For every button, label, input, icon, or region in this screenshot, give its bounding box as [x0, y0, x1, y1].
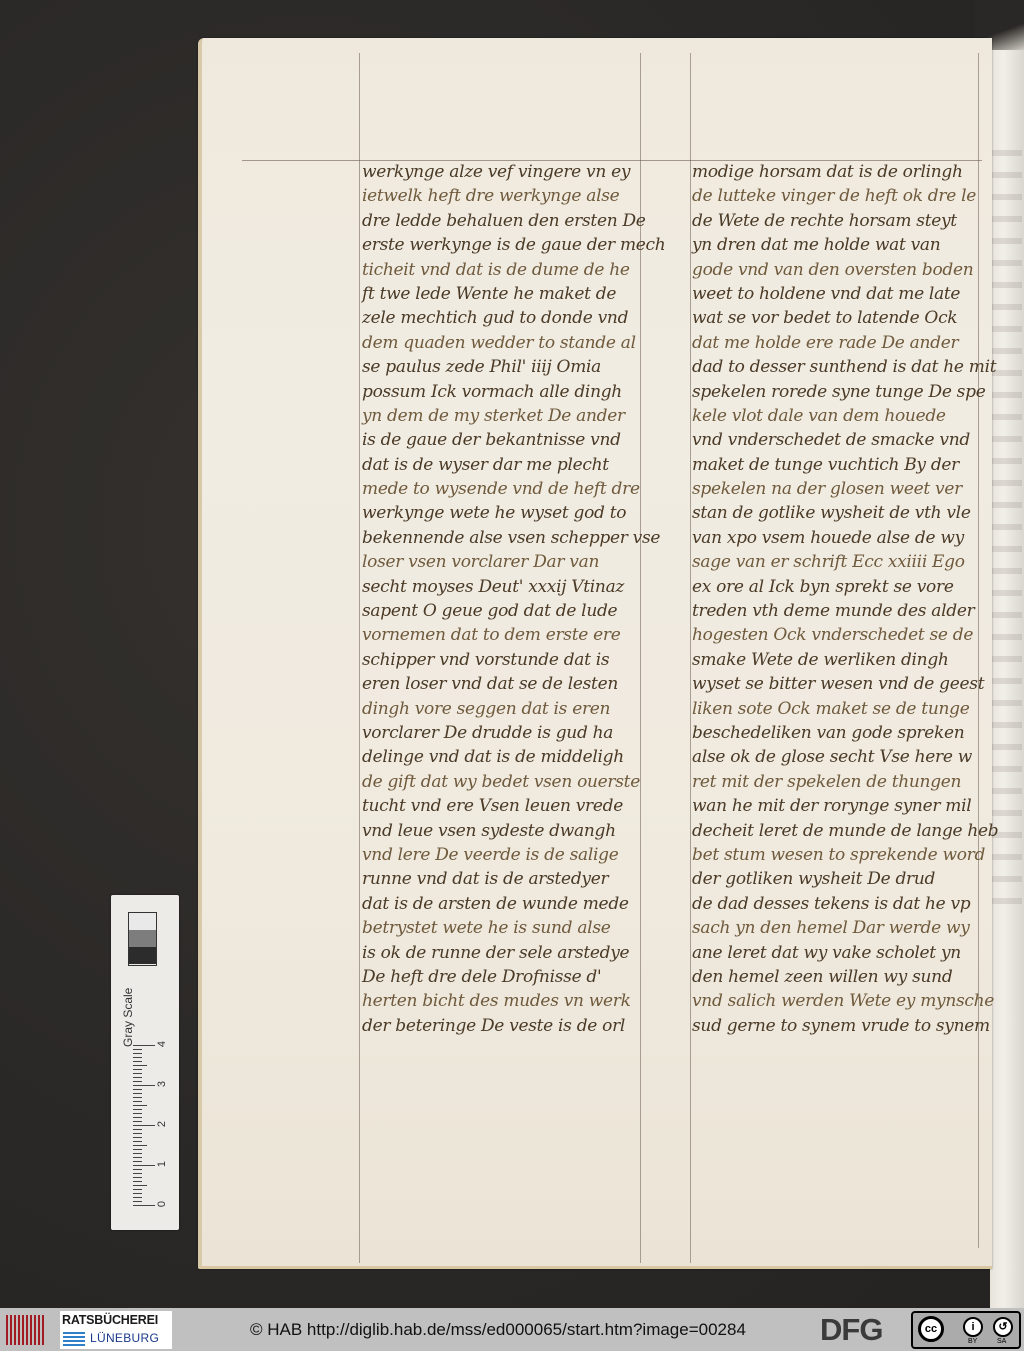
manuscript-line: de lutteke vinger de heft ok dre le: [692, 184, 982, 208]
dfg-logo[interactable]: DFG: [820, 1312, 882, 1348]
manuscript-line: modige horsam dat is de orlingh: [692, 160, 982, 184]
copyright-link[interactable]: © HAB http://diglib.hab.de/mss/ed000065/…: [250, 1320, 746, 1340]
manuscript-line: vorclarer De drudde is gud ha: [362, 721, 638, 745]
sa-label: SA: [997, 1338, 1006, 1345]
barcode-logo-icon: [6, 1315, 44, 1345]
gray-scale-card: Gray Scale 01234: [111, 895, 179, 1230]
ruler-tick: [133, 1165, 155, 1166]
manuscript-line: dre ledde behaluen den ersten De: [362, 209, 638, 233]
manuscript-line: sage van er schrift Ecc xxiiii Ego: [692, 550, 982, 574]
manuscript-line: treden vth deme munde des alder: [692, 599, 982, 623]
ruler-number: 3: [156, 1081, 168, 1087]
manuscript-line: stan de gotlike wysheit de vth vle: [692, 501, 982, 525]
manuscript-line: yn dren dat me holde wat van: [692, 233, 982, 257]
manuscript-line: sapent O geue god dat de lude: [362, 599, 638, 623]
manuscript-line: vnd vnderschedet de smacke vnd: [692, 428, 982, 452]
ruler-tick: [133, 1205, 155, 1206]
manuscript-line: liken sote Ock maket se de tunge: [692, 697, 982, 721]
ruler-tick: [133, 1169, 142, 1170]
cc-icon: cc: [918, 1316, 944, 1342]
manuscript-line: dad to desser sunthend is dat he mit: [692, 355, 982, 379]
facing-page-showthrough: [992, 150, 1022, 910]
ruler-tick: [133, 1081, 142, 1082]
manuscript-line: bet stum wesen to sprekende word: [692, 843, 982, 867]
ruler-tick: [133, 1137, 142, 1138]
manuscript-line: dat me holde ere rade De ander: [692, 331, 982, 355]
manuscript-line: maket de tunge vuchtich By der: [692, 453, 982, 477]
ruler-tick: [133, 1185, 147, 1186]
manuscript-line: der beteringe De veste is de orl: [362, 1014, 638, 1038]
manuscript-line: decheit leret de munde de lange heb: [692, 819, 982, 843]
ruler-ticks: 01234: [133, 1045, 173, 1215]
ruler-tick: [133, 1181, 142, 1182]
ruler-tick: [133, 1153, 142, 1154]
manuscript-line: wat se vor bedet to latende Ock: [692, 306, 982, 330]
manuscript-line: beschedeliken van gode spreken: [692, 721, 982, 745]
ruler-tick: [133, 1197, 142, 1198]
manuscript-line: sach yn den hemel Dar werde wy: [692, 916, 982, 940]
manuscript-line: secht moyses Deut' xxxij Vtinaz: [362, 575, 638, 599]
manuscript-line: delinge vnd dat is de middeligh: [362, 745, 638, 769]
manuscript-line: wan he mit der rorynge syner mil: [692, 794, 982, 818]
ruler-tick: [133, 1193, 142, 1194]
gray-scale-label: Gray Scale: [121, 988, 135, 1047]
manuscript-line: dat is de wyser dar me plecht: [362, 453, 638, 477]
library-name-top: RATSBÜCHEREI: [62, 1313, 158, 1327]
ruler-tick: [133, 1117, 142, 1118]
manuscript-line: is ok de runne der sele arstedye: [362, 941, 638, 965]
footer-bar: RATSBÜCHEREI LÜNEBURG © HAB http://digli…: [0, 1308, 1024, 1351]
manuscript-line: alse ok de glose secht Vse here w: [692, 745, 982, 769]
ruling-left-margin: [359, 53, 360, 1263]
manuscript-line: den hemel zeen willen wy sund: [692, 965, 982, 989]
ruler-tick: [133, 1157, 142, 1158]
manuscript-line: bekennende alse vsen schepper vse: [362, 526, 638, 550]
manuscript-line: spekelen na der glosen weet ver: [692, 477, 982, 501]
ruler-tick: [133, 1201, 142, 1202]
ruler-tick: [133, 1189, 142, 1190]
library-name-bottom: LÜNEBURG: [90, 1331, 159, 1345]
manuscript-line: smake Wete de werliken dingh: [692, 648, 982, 672]
manuscript-line: De heft dre dele Drofnisse d': [362, 965, 638, 989]
ruler-number: 2: [156, 1121, 168, 1127]
manuscript-line: possum Ick vormach alle dingh: [362, 380, 638, 404]
ruler-tick: [133, 1141, 142, 1142]
manuscript-line: zele mechtich gud to donde vnd: [362, 306, 638, 330]
manuscript-line: gode vnd van den oversten boden: [692, 258, 982, 282]
ruler-tick: [133, 1129, 142, 1130]
manuscript-line: wyset se bitter wesen vnd de geest: [692, 672, 982, 696]
manuscript-line: ft twe lede Wente he maket de: [362, 282, 638, 306]
ruler-tick: [133, 1049, 142, 1050]
ruler-number: 4: [156, 1041, 168, 1047]
ruling-col2-left: [690, 53, 691, 1263]
manuscript-line: sud gerne to synem vrude to synem: [692, 1014, 982, 1038]
book-icon: [63, 1332, 85, 1346]
ruler-tick: [133, 1101, 142, 1102]
ruler-tick: [133, 1145, 147, 1146]
manuscript-line: dem quaden wedder to stande al: [362, 331, 638, 355]
by-label: BY: [968, 1338, 977, 1345]
manuscript-line: werkynge alze vef vingere vn ey: [362, 160, 638, 184]
manuscript-line: is de gaue der bekantnisse vnd: [362, 428, 638, 452]
manuscript-line: yn dem de my sterket De ander: [362, 404, 638, 428]
manuscript-line: ane leret dat wy vake scholet yn: [692, 941, 982, 965]
swatch-light: [129, 913, 156, 930]
manuscript-line: van xpo vsem houede alse de wy: [692, 526, 982, 550]
ruler-tick: [133, 1061, 142, 1062]
swatch-dark: [129, 947, 156, 964]
manuscript-line: werkynge wete he wyset god to: [362, 501, 638, 525]
manuscript-line: ietwelk heft dre werkynge alse: [362, 184, 638, 208]
manuscript-line: ticheit vnd dat is de dume de he: [362, 258, 638, 282]
ruler-tick: [133, 1125, 155, 1126]
ruler-tick: [133, 1045, 155, 1046]
manuscript-line: loser vsen vorclarer Dar van: [362, 550, 638, 574]
ruler-tick: [133, 1109, 142, 1110]
manuscript-leaf: werkynge alze vef vingere vn eyietwelk h…: [198, 38, 992, 1269]
manuscript-line: der gotliken wysheit De drud: [692, 867, 982, 891]
manuscript-line: dat is de arsten de wunde mede: [362, 892, 638, 916]
manuscript-line: ex ore al Ick byn sprekt se vore: [692, 575, 982, 599]
ruler-tick: [133, 1065, 147, 1066]
by-attribution-icon: i: [963, 1317, 983, 1337]
manuscript-line: se paulus zede Phil' iiij Omia: [362, 355, 638, 379]
ruler-tick: [133, 1105, 147, 1106]
ratsbuecherei-logo[interactable]: RATSBÜCHEREI LÜNEBURG: [60, 1311, 172, 1349]
manuscript-line: de gift dat wy bedet vsen ouerste: [362, 770, 638, 794]
ruler-tick: [133, 1077, 142, 1078]
manuscript-line: herten bicht des mudes vn werk: [362, 989, 638, 1013]
ruler-tick: [133, 1093, 142, 1094]
manuscript-line: dingh vore seggen dat is eren: [362, 697, 638, 721]
manuscript-line: ret mit der spekelen de thungen: [692, 770, 982, 794]
manuscript-line: betrystet wete he is sund alse: [362, 916, 638, 940]
ruler-tick: [133, 1089, 142, 1090]
manuscript-line: weet to holdene vnd dat me late: [692, 282, 982, 306]
ruler-tick: [133, 1053, 142, 1054]
ruler-number: 0: [156, 1201, 168, 1207]
manuscript-line: de Wete de rechte horsam steyt: [692, 209, 982, 233]
swatch-mid: [129, 930, 156, 947]
ruler-tick: [133, 1177, 142, 1178]
manuscript-line: runne vnd dat is de arstedyer: [362, 867, 638, 891]
manuscript-line: eren loser vnd dat se de lesten: [362, 672, 638, 696]
ruler-tick: [133, 1085, 155, 1086]
ruler-tick: [133, 1113, 142, 1114]
cc-license-badge[interactable]: cc i ↺ BY SA: [911, 1311, 1021, 1349]
manuscript-line: vnd salich werden Wete ey mynsche: [692, 989, 982, 1013]
manuscript-line: de dad desses tekens is dat he vp: [692, 892, 982, 916]
ruler-tick: [133, 1173, 142, 1174]
manuscript-line: erste werkynge is de gaue der mech: [362, 233, 638, 257]
manuscript-line: vnd lere De veerde is de salige: [362, 843, 638, 867]
ruler-tick: [133, 1097, 142, 1098]
ruler-tick: [133, 1149, 142, 1150]
ruler-tick: [133, 1121, 142, 1122]
manuscript-line: mede to wysende vnd de heft dre: [362, 477, 638, 501]
manuscript-line: hogesten Ock vnderschedet se de: [692, 623, 982, 647]
manuscript-line: tucht vnd ere Vsen leuen vrede: [362, 794, 638, 818]
manuscript-line: vnd leue vsen sydeste dwangh: [362, 819, 638, 843]
text-column-right: modige horsam dat is de orlinghde luttek…: [692, 160, 982, 1038]
ruler-tick: [133, 1073, 142, 1074]
gray-swatches: [128, 912, 157, 966]
ruler-tick: [133, 1069, 142, 1070]
ruler-number: 1: [156, 1161, 168, 1167]
sa-sharealike-icon: ↺: [993, 1317, 1013, 1337]
text-column-left: werkynge alze vef vingere vn eyietwelk h…: [362, 160, 638, 1038]
manuscript-line: schipper vnd vorstunde dat is: [362, 648, 638, 672]
manuscript-line: vornemen dat to dem erste ere: [362, 623, 638, 647]
manuscript-line: spekelen rorede syne tunge De spe: [692, 380, 982, 404]
ruler-tick: [133, 1057, 142, 1058]
manuscript-line: kele vlot dale van dem houede: [692, 404, 982, 428]
ruler-tick: [133, 1133, 142, 1134]
ruler-tick: [133, 1161, 142, 1162]
